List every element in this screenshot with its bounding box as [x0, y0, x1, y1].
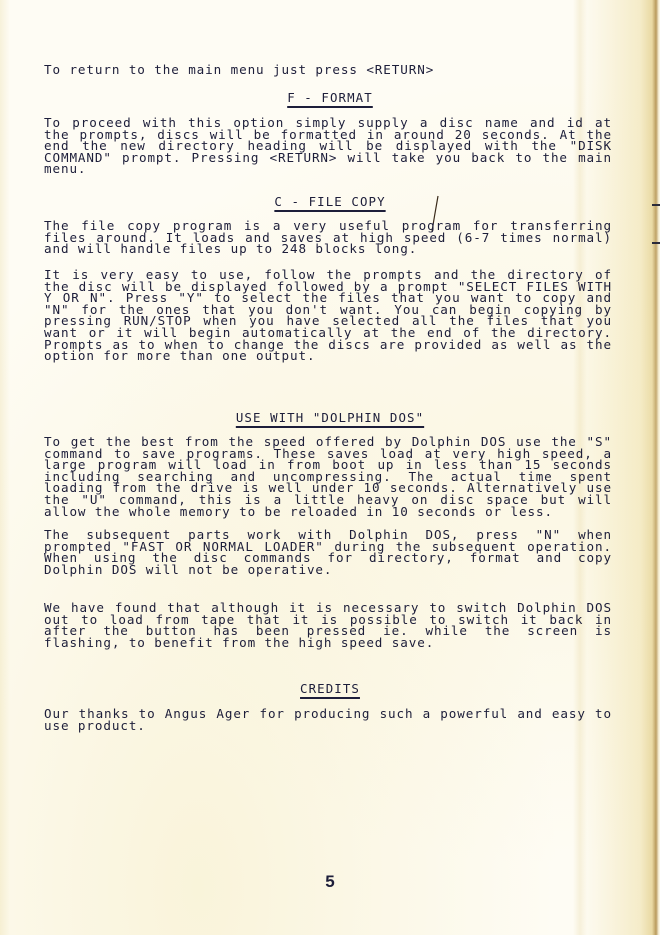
dolphin-dos-paragraph-3: We have found that although it is necess…: [44, 602, 612, 648]
credits-paragraph: Our thanks to Angus Ager for producing s…: [44, 708, 612, 731]
file-copy-paragraph-1: The file copy program is a very useful p…: [44, 220, 612, 255]
dolphin-dos-paragraph-1: To get the best from the speed offered b…: [44, 436, 612, 517]
format-paragraph: To proceed with this option simply suppl…: [44, 117, 612, 175]
section-heading-file-copy: C - FILE COPY: [0, 194, 660, 209]
section-heading-dolphin-dos: USE WITH "DOLPHIN DOS": [0, 410, 660, 425]
page-number: 5: [0, 872, 660, 892]
dolphin-dos-paragraph-2: The subsequent parts work with Dolphin D…: [44, 529, 612, 575]
section-heading-credits: CREDITS: [0, 681, 660, 696]
section-heading-format: F - FORMAT: [0, 90, 660, 105]
file-copy-paragraph-2: It is very easy to use, follow the promp…: [44, 269, 612, 362]
scanned-manual-page: To return to the main menu just press <R…: [0, 0, 660, 935]
intro-text: To return to the main menu just press <R…: [44, 64, 612, 76]
edge-tick-mark: [652, 242, 660, 244]
